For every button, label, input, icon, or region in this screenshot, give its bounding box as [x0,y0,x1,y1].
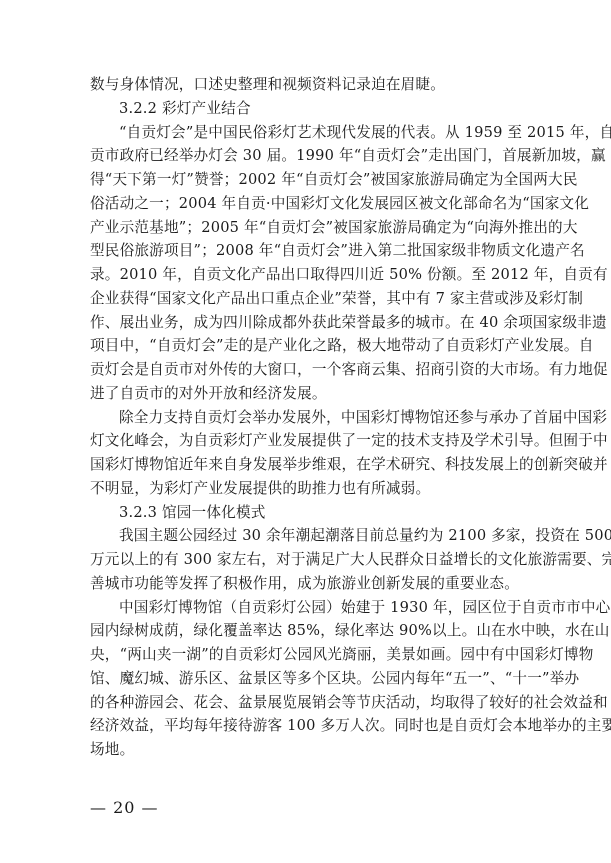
paragraph-line: 灯文化峰会，为自贡彩灯产业发展提供了一定的技术支持及学术引导。但囿于中 [90,429,524,453]
paragraph-line: 除全力支持自贡灯会举办发展外，中国彩灯博物馆还参与承办了首届中国彩 [90,406,524,430]
page-number: — 20 — [90,798,159,817]
paragraph-line: 贡灯会是自贡市对外传的大窗口，一个客商云集、招商引资的大市场。有力地促 [90,358,524,382]
paragraph-line: 贡市政府已经举办灯会 30 届。1990 年“自贡灯会”走出国门，首展新加坡，赢 [90,144,524,168]
section-heading: 3.2.2 彩灯产业结合 [90,97,524,121]
paragraph-line: 进了自贡市的对外开放和经济发展。 [90,382,524,406]
paragraph-line: 中国彩灯博物馆（自贡彩灯公园）始建于 1930 年，园区位于自贡市市中心， [90,596,524,620]
paragraph-line: 我国主题公园经过 30 余年潮起潮落目前总量约为 2100 多家，投资在 500… [90,524,524,548]
paragraph-line: 项目中，“自贡灯会”走的是产业化之路，极大地带动了自贡彩灯产业发展。自 [90,334,524,358]
section-heading: 3.2.3 馆园一体化模式 [90,501,524,525]
paragraph-line: 馆、魔幻城、游乐区、盆景区等多个区块。公园内每年“五一”、“十一”举办 [90,667,524,691]
paragraph-line: 场地。 [90,738,524,762]
paragraph-line: 企业获得“国家文化产品出口重点企业”荣誉，其中有 7 家主营或涉及彩灯制 [90,287,524,311]
paragraph-line: 央，“两山夹一湖”的自贡彩灯公园风光旖丽，美景如画。园中有中国彩灯博物 [90,643,524,667]
paragraph-line: 产业示范基地”；2005 年“自贡灯会”被国家旅游局确定为“向海外推出的大 [90,216,524,240]
paragraph-line: 型民俗旅游项目”；2008 年“自贡灯会”进入第二批国家级非物质文化遗产名 [90,239,524,263]
document-body: 数与身体情况，口述史整理和视频资料记录迫在眉睫。3.2.2 彩灯产业结合“自贡灯… [90,73,524,762]
paragraph-line: 得“天下第一灯”赞誉；2002 年“自贡灯会”被国家旅游局确定为全国两大民 [90,168,524,192]
paragraph-line: 录。2010 年，自贡文化产品出口取得四川近 50% 份额。至 2012 年，自… [90,263,524,287]
paragraph-line: 经济效益，平均每年接待游客 100 多万人次。同时也是自贡灯会本地举办的主要 [90,714,524,738]
paragraph-line: 国彩灯博物馆近年来自身发展举步维艰，在学术研究、科技发展上的创新突破并 [90,453,524,477]
paragraph-line: “自贡灯会”是中国民俗彩灯艺术现代发展的代表。从 1959 至 2015 年，自 [90,121,524,145]
paragraph-line: 的各种游园会、花会、盆景展览展销会等节庆活动，均取得了较好的社会效益和 [90,691,524,715]
paragraph-line: 作、展出业务，成为四川除成都外获此荣誉最多的城市。在 40 余项国家级非遗 [90,311,524,335]
paragraph-continuation-line: 数与身体情况，口述史整理和视频资料记录迫在眉睫。 [90,73,524,97]
paragraph-line: 不明显，为彩灯产业发展提供的助推力也有所减弱。 [90,477,524,501]
paragraph-line: 善城市功能等发挥了积极作用，成为旅游业创新发展的重要业态。 [90,572,524,596]
paragraph-line: 俗活动之一；2004 年自贡·中国彩灯文化发展园区被文化部命名为“国家文化 [90,192,524,216]
paragraph-line: 万元以上的有 300 家左右，对于满足广大人民群众日益增长的文化旅游需要、完 [90,548,524,572]
paragraph-line: 园内绿树成荫，绿化覆盖率达 85%，绿化率达 90%以上。山在水中映，水在山中 [90,619,524,643]
